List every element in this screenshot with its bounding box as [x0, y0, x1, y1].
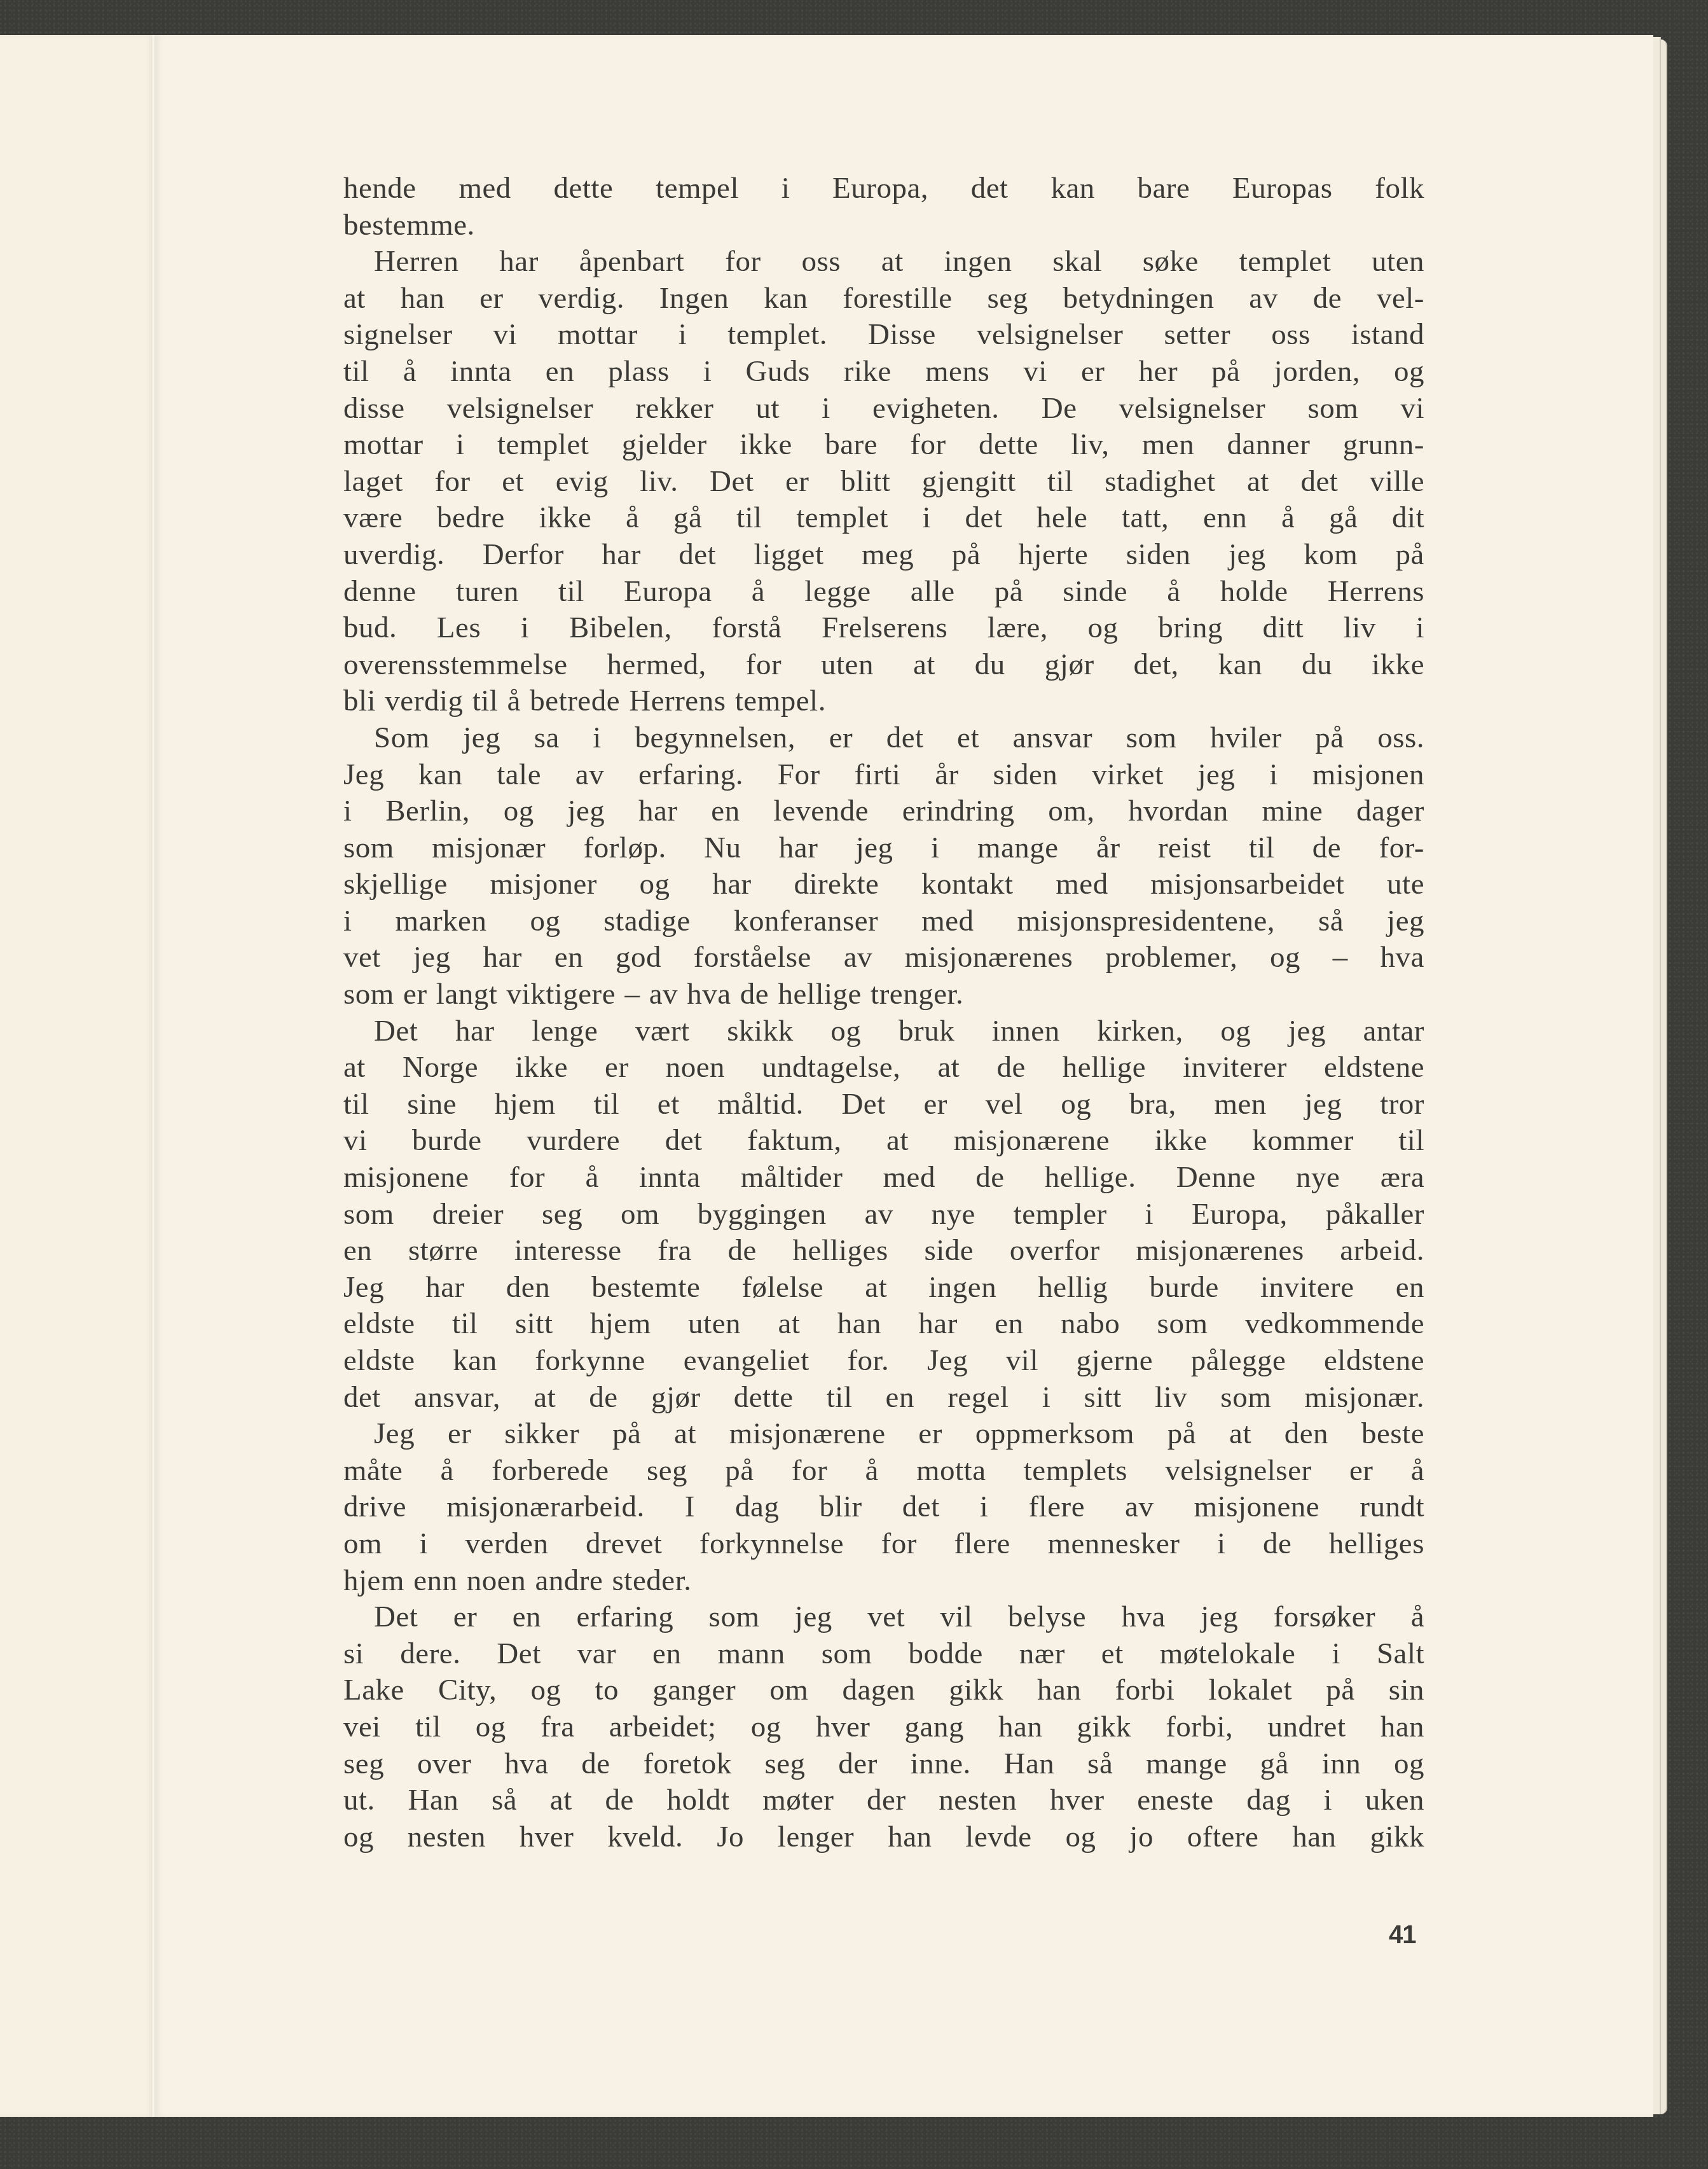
text-line: Jeg er sikker på at misjonærene er oppme… — [343, 1416, 1424, 1453]
text-line: bestemme. — [343, 207, 1424, 244]
text-line: måte å forberede seg på for å motta temp… — [343, 1453, 1424, 1490]
text-line: misjonene for å innta måltider med de he… — [343, 1160, 1424, 1196]
text-line: drive misjonærarbeid. I dag blir det i f… — [343, 1489, 1424, 1526]
text-line: laget for et evig liv. Det er blitt gjen… — [343, 464, 1424, 501]
text-line: eldste til sitt hjem uten at han har en … — [343, 1306, 1424, 1343]
text-line: hjem enn noen andre steder. — [343, 1563, 1424, 1600]
scanned-book-spread: hende med dette tempel i Europa, det kan… — [0, 0, 1708, 2169]
text-line: mottar i templet gjelder ikke bare for d… — [343, 427, 1424, 464]
text-line: Det har lenge vært skikk og bruk innen k… — [343, 1013, 1424, 1050]
text-line: være bedre ikke å gå til templet i det h… — [343, 500, 1424, 537]
text-line: signelser vi mottar i templet. Disse vel… — [343, 317, 1424, 354]
text-line: Lake City, og to ganger om dagen gikk ha… — [343, 1672, 1424, 1709]
text-line: seg over hva de foretok seg der inne. Ha… — [343, 1746, 1424, 1783]
text-line: uverdig. Derfor har det ligget meg på hj… — [343, 537, 1424, 574]
text-line: en større interesse fra de helliges side… — [343, 1233, 1424, 1270]
text-line: som er langt viktigere – av hva de helli… — [343, 976, 1424, 1013]
text-line: disse velsignelser rekker ut i evigheten… — [343, 391, 1424, 427]
text-line: ut. Han så at de holdt møter der nesten … — [343, 1782, 1424, 1819]
text-line: at Norge ikke er noen undtagelse, at de … — [343, 1050, 1424, 1086]
text-line: at han er verdig. Ingen kan forestille s… — [343, 281, 1424, 317]
page-number: 41 — [1389, 1921, 1416, 1950]
text-line: Jeg har den bestemte følelse at ingen he… — [343, 1270, 1424, 1306]
text-line: Som jeg sa i begynnelsen, er det et ansv… — [343, 720, 1424, 757]
text-line: som misjonær forløp. Nu har jeg i mange … — [343, 830, 1424, 867]
text-line: vet jeg har en god forståelse av misjonæ… — [343, 939, 1424, 976]
text-line: og nesten hver kveld. Jo lenger han levd… — [343, 1819, 1424, 1856]
text-line: si dere. Det var en mann som bodde nær e… — [343, 1636, 1424, 1673]
text-line: til sine hjem til et måltid. Det er vel … — [343, 1086, 1424, 1123]
text-line: hende med dette tempel i Europa, det kan… — [343, 170, 1424, 207]
body-text: hende med dette tempel i Europa, det kan… — [343, 170, 1424, 1855]
text-line: bud. Les i Bibelen, forstå Frelserens læ… — [343, 610, 1424, 647]
text-line: overensstemmelse hermed, for uten at du … — [343, 647, 1424, 684]
text-line: eldste kan forkynne evangeliet for. Jeg … — [343, 1343, 1424, 1380]
text-line: om i verden drevet forkynnelse for flere… — [343, 1526, 1424, 1563]
text-line: skjellige misjoner og har direkte kontak… — [343, 866, 1424, 903]
text-line: i marken og stadige konferanser med misj… — [343, 903, 1424, 940]
left-page-edge — [0, 35, 154, 2117]
text-line: Det er en erfaring som jeg vet vil belys… — [343, 1599, 1424, 1636]
text-line: i Berlin, og jeg har en levende erindrin… — [343, 793, 1424, 830]
text-line: til å innta en plass i Guds rike mens vi… — [343, 354, 1424, 391]
text-line: bli verdig til å betrede Herrens tempel. — [343, 683, 1424, 720]
text-line: denne turen til Europa å legge alle på s… — [343, 574, 1424, 611]
text-line: det ansvar, at de gjør dette til en rege… — [343, 1380, 1424, 1417]
text-line: Jeg kan tale av erfaring. For firti år s… — [343, 757, 1424, 794]
text-line: vei til og fra arbeidet; og hver gang ha… — [343, 1709, 1424, 1746]
text-line: Herren har åpenbart for oss at ingen ska… — [343, 244, 1424, 281]
text-line: vi burde vurdere det faktum, at misjonær… — [343, 1123, 1424, 1160]
text-line: som dreier seg om byggingen av nye templ… — [343, 1196, 1424, 1233]
book-gutter — [151, 35, 155, 2117]
